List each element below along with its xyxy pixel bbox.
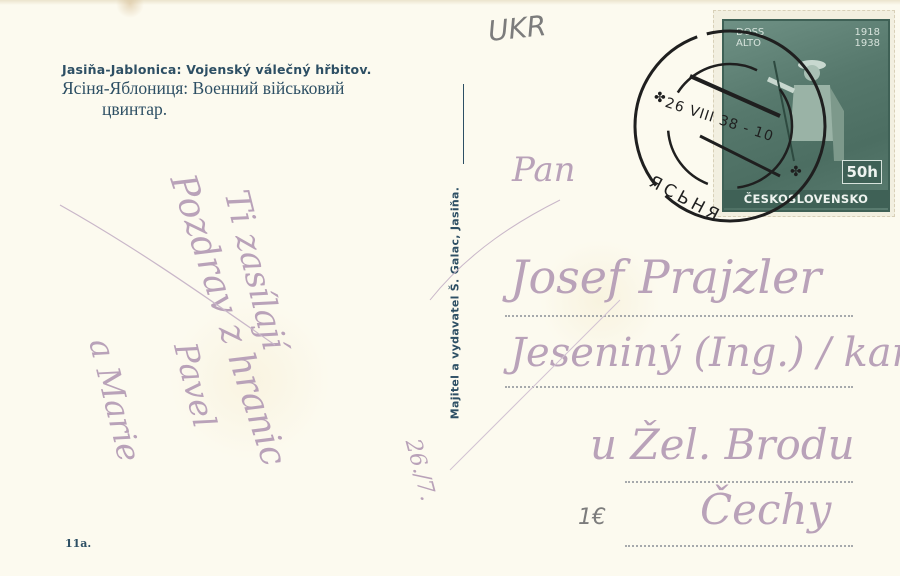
svg-text:✤: ✤ <box>790 164 802 180</box>
stamp-value: 50h <box>842 160 882 184</box>
stamp-years: 1918 1938 <box>855 27 880 49</box>
stamp-year-start: 1918 <box>855 27 880 38</box>
stamp-year-end: 1938 <box>855 38 880 49</box>
postcard-back: Jasiňa-Jablonica: Vojenský válečný hřbit… <box>0 0 900 576</box>
